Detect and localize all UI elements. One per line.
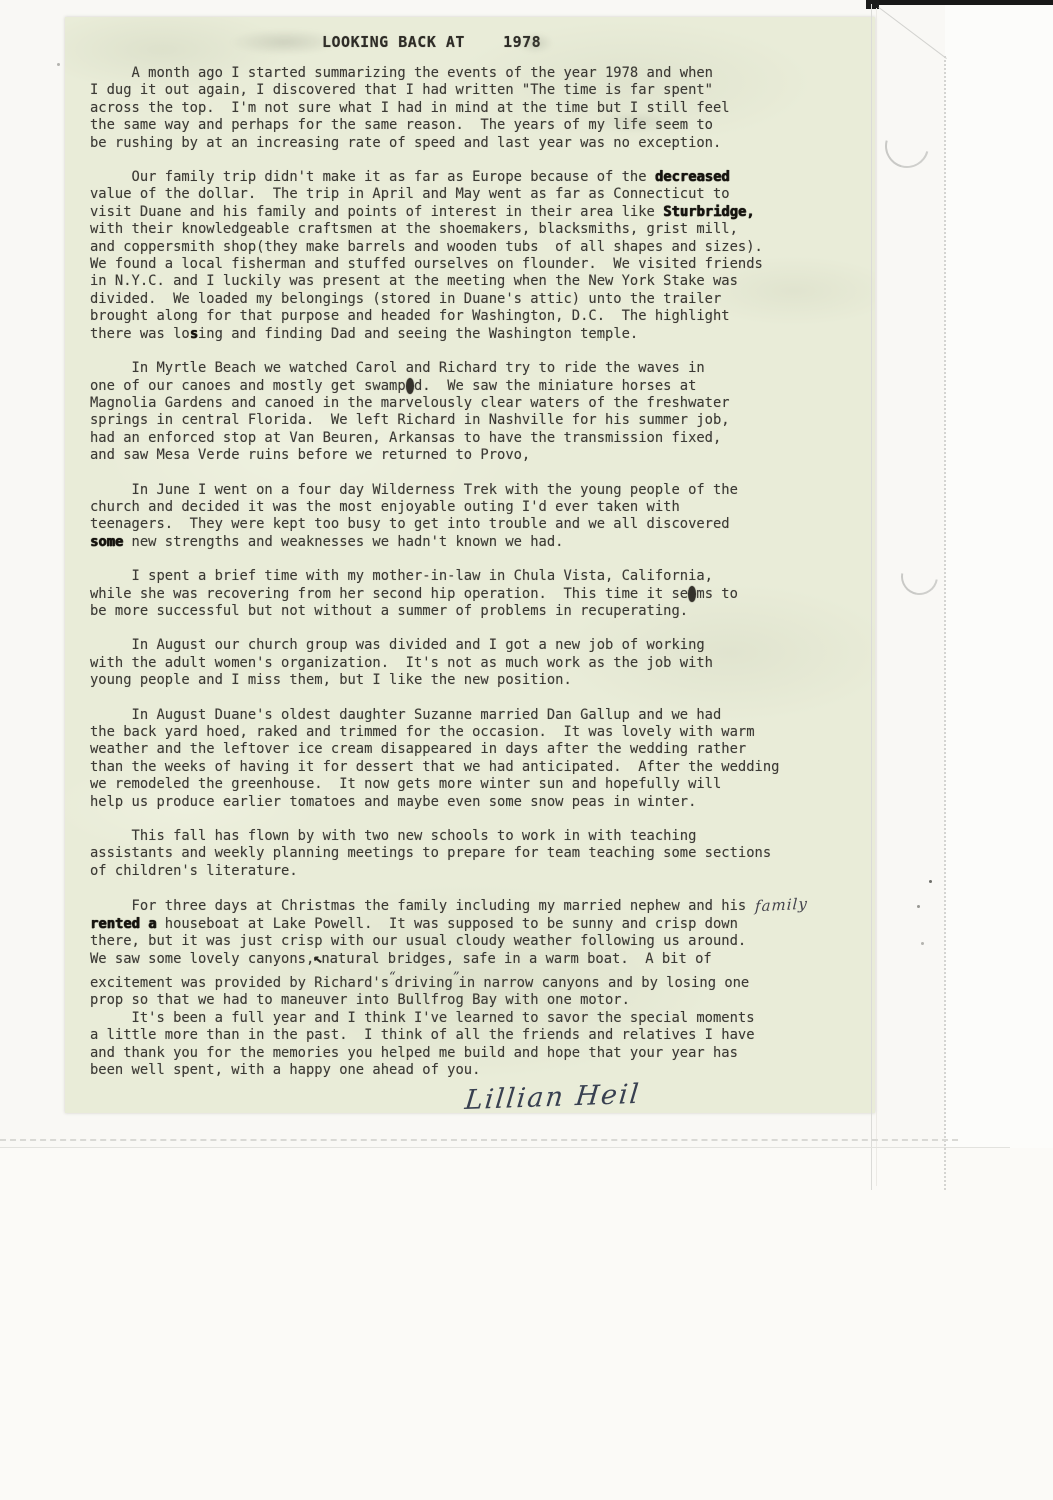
scan-smudge: [595, 112, 675, 132]
overtyped-text: decreased: [655, 169, 730, 185]
paragraph: Our family trip didn't make it as far as…: [90, 169, 800, 343]
typewritten-text: In August our church group was divided a…: [90, 637, 713, 688]
sleeve-bottom-edge: [0, 1147, 1010, 1148]
handwritten-word: family: [754, 896, 808, 916]
sleeve-edge-line: [871, 4, 872, 1190]
scan-background-bottom: [0, 1148, 1053, 1500]
typewritten-text: ing and finding Dad and seeing the Washi…: [198, 326, 638, 342]
sleeve-fold-line: [878, 7, 946, 59]
typewritten-text: value of the dollar. The trip in April a…: [90, 186, 730, 219]
sleeve-perforation-edge: [944, 56, 946, 1190]
typewritten-text: This fall has flown by with two new scho…: [90, 828, 771, 879]
typewritten-text: A month ago I started summarizing the ev…: [90, 65, 730, 151]
letter-title: LOOKING BACK AT 1978: [322, 33, 875, 51]
overtyped-text: Sturbridge,: [663, 204, 754, 220]
binder-ring-shadow: [877, 116, 937, 176]
overtyped-text: rented a: [90, 916, 156, 932]
signature: Lillian Heil: [463, 1076, 726, 1116]
scan-speck: [917, 905, 920, 908]
letter-paper: LOOKING BACK AT 1978 A month ago I start…: [65, 17, 875, 1113]
typewritten-text: with their knowledgeable craftsmen at th…: [90, 221, 763, 341]
paragraph: In Myrtle Beach we watched Carol and Ric…: [90, 360, 800, 464]
overtyped-text: some: [90, 534, 123, 550]
typewritten-text: In August Duane's oldest daughter Suzann…: [90, 707, 779, 810]
overtyped-text: s: [190, 326, 198, 342]
blotted-letter: e: [406, 378, 414, 394]
binder-ring-shadow: [894, 551, 946, 603]
scan-speck: [921, 942, 924, 945]
typewritten-text: It's been a full year and I think I've l…: [90, 1010, 755, 1078]
typewritten-text: Our family trip didn't make it as far as…: [90, 169, 655, 185]
sleeve-edge-line: [876, 8, 877, 1186]
typewritten-text: I spent a brief time with my mother-in-l…: [90, 568, 713, 601]
scanner-edge-bar: [866, 0, 879, 9]
scanned-page: LOOKING BACK AT 1978 A month ago I start…: [0, 0, 1053, 1500]
scan-smudge: [230, 29, 340, 55]
paragraph: This fall has flown by with two new scho…: [90, 828, 800, 880]
paragraph: A month ago I started summarizing the ev…: [90, 65, 800, 152]
typewritten-text: driving: [395, 975, 453, 991]
paragraph: For three days at Christmas the family i…: [90, 897, 800, 1009]
scan-speck: [57, 63, 60, 66]
typewritten-text: new strengths and weaknesses we hadn't k…: [123, 534, 563, 550]
paragraph: I spent a brief time with my mother-in-l…: [90, 568, 800, 620]
scan-speck: [929, 880, 932, 883]
typewritten-text: In June I went on a four day Wilderness …: [90, 482, 738, 533]
scanner-edge-bar: [866, 0, 1053, 5]
paragraph: In August Duane's oldest daughter Suzann…: [90, 707, 800, 811]
sleeve-bottom-perforation: [0, 1139, 958, 1141]
scan-smudge: [517, 33, 553, 53]
paragraph: It's been a full year and I think I've l…: [90, 1010, 800, 1080]
typewritten-text: For three days at Christmas the family i…: [90, 898, 755, 914]
paragraph: In August our church group was divided a…: [90, 637, 800, 689]
letter-body: A month ago I started summarizing the ev…: [90, 65, 800, 1079]
paragraph: In June I went on a four day Wilderness …: [90, 482, 800, 552]
